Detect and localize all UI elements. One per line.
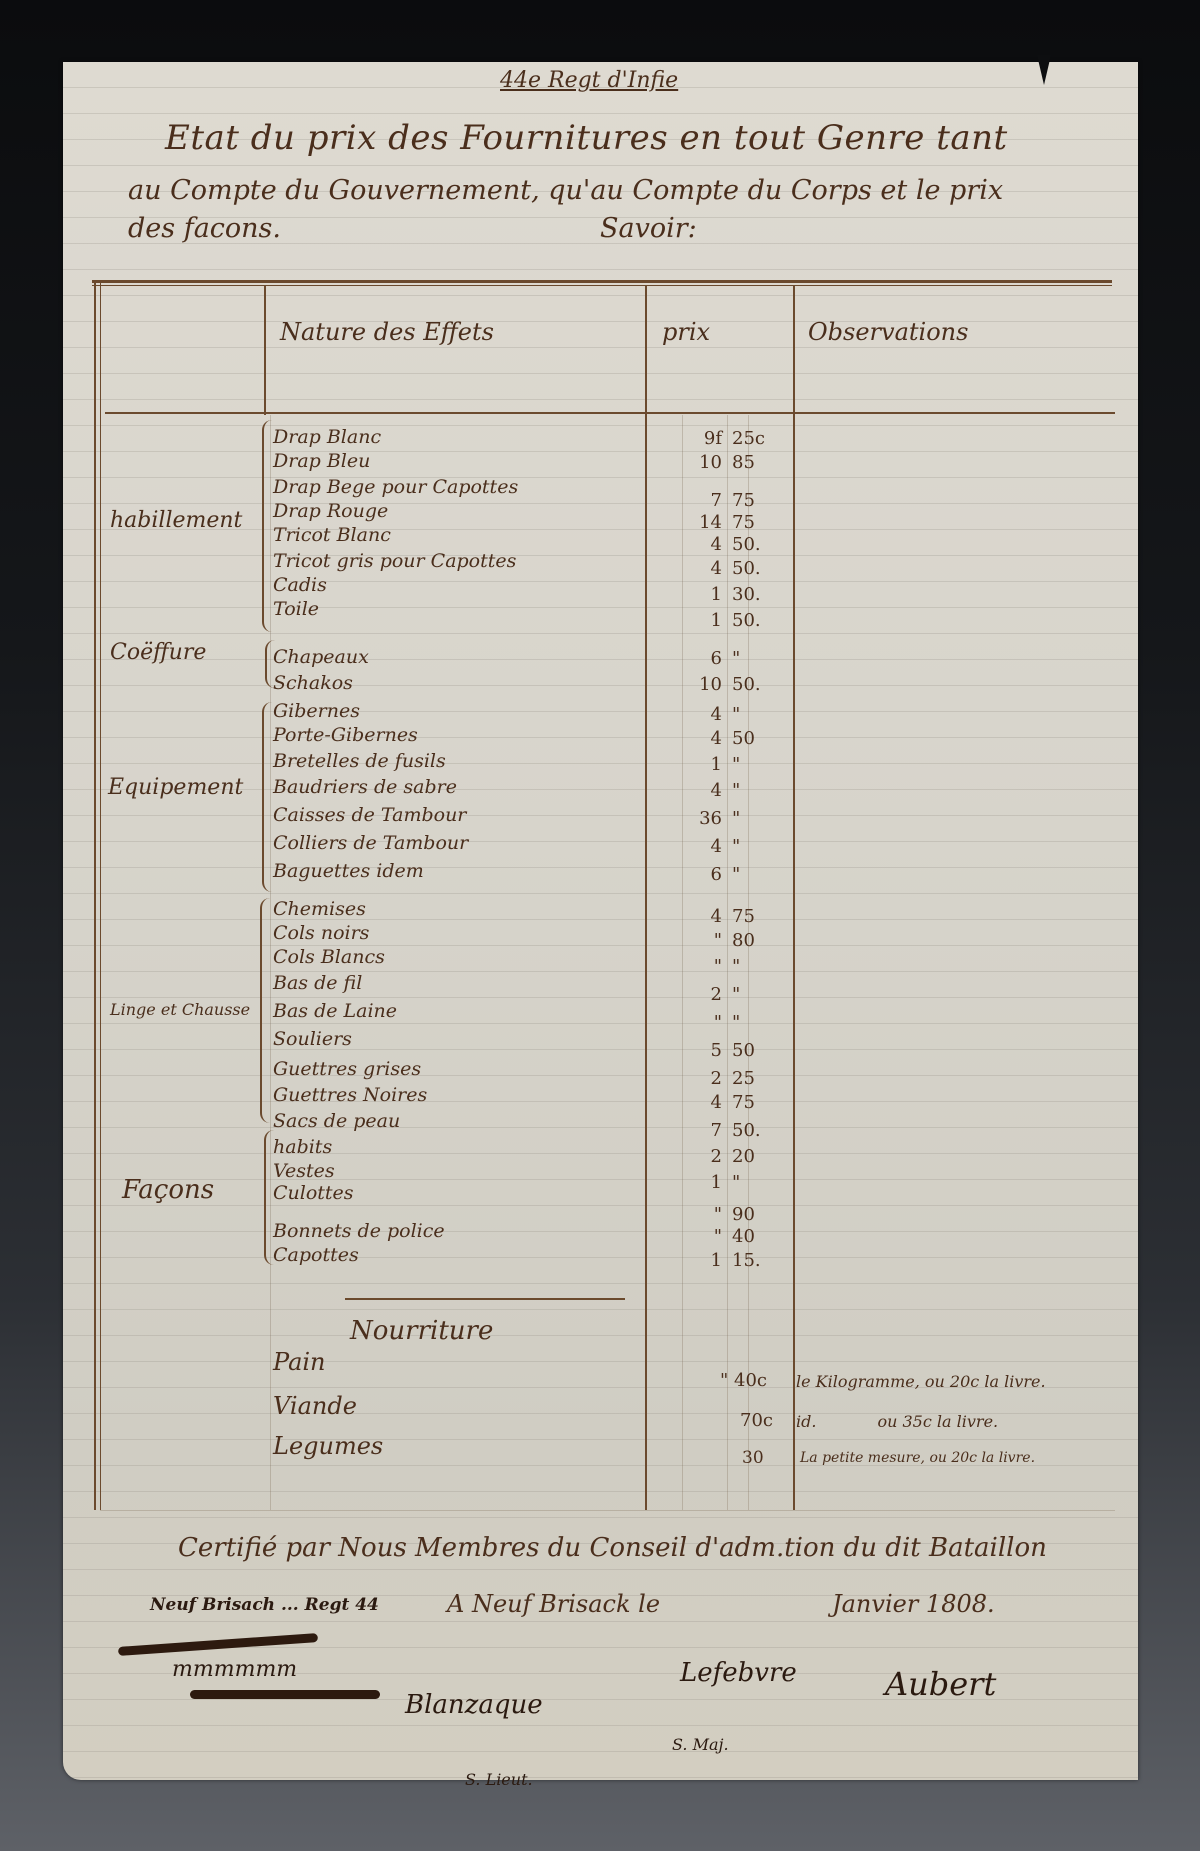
nourriture-divider [345,1298,625,1300]
signature-title: S. Lieut. [465,1770,533,1789]
item-centimes: 30. [732,584,761,605]
item-name: Bonnets de police [273,1220,445,1242]
item-francs: 4 [682,906,722,927]
signature-title: S. Maj. [672,1735,729,1754]
food-item-observation: le Kilogramme, ou 20c la livre. [796,1372,1046,1391]
item-francs: " [682,1204,722,1225]
item-francs: 6 [682,648,722,669]
item-centimes: " [732,1012,740,1033]
ink-stroke [190,1690,380,1699]
place-line: A Neuf Brisack le [447,1590,660,1618]
item-centimes: " [732,780,740,801]
item-francs: 4 [682,534,722,555]
food-item-price: 30 [742,1448,764,1468]
food-item-observation: La petite mesure, ou 20c la livre. [800,1450,1035,1466]
item-francs: 2 [682,1068,722,1089]
item-name: Guettres Noires [273,1084,427,1106]
item-centimes: " [732,956,740,977]
item-centimes: 50. [732,674,761,695]
title-line-3: des facons. [128,213,281,244]
item-francs: " [682,930,722,951]
col-divider-prix-right [793,285,795,1510]
document-paper [63,62,1138,1780]
header-nature: Nature des Effets [280,318,494,346]
brace-habillement [262,420,272,632]
item-name: Cols Blancs [273,946,385,968]
title-line-1: Etat du prix des Fournitures en tout Gen… [165,118,1008,158]
item-francs: 4 [682,704,722,725]
date-line: Janvier 1808. [832,1590,995,1618]
item-centimes: 75 [732,1092,755,1113]
item-centimes: 80 [732,930,755,951]
item-centimes: " [732,984,740,1005]
item-centimes: " [732,704,740,725]
item-name: Guettres grises [273,1058,421,1080]
item-francs: 10 [682,452,722,473]
brace-linge [260,898,270,1123]
item-name: habits [273,1136,332,1158]
item-francs: 10 [682,674,722,695]
title-line-2: au Compte du Gouvernement, qu'au Compte … [128,175,1003,206]
item-name: Toile [273,598,319,620]
item-centimes: " [732,648,740,669]
item-centimes: 90 [732,1204,755,1225]
food-item-name: Legumes [273,1432,383,1460]
item-name: Sacs de peau [273,1110,400,1132]
item-francs: 7 [682,490,722,511]
item-francs: 7 [682,1120,722,1141]
item-francs: 6 [682,864,722,885]
item-name: Tricot Blanc [273,524,391,546]
header-bottom-rule [105,412,1115,414]
nourriture-heading: Nourriture [350,1316,493,1346]
food-item-observation: id. ou 35c la livre. [796,1412,998,1431]
food-item-name: Pain [273,1348,326,1376]
item-name: Bretelles de fusils [273,750,446,772]
regiment-header: 44e Regt d'Infie [500,68,678,93]
prix-subcol-3 [748,415,749,1510]
item-centimes: " [732,836,740,857]
item-name: Capottes [273,1244,359,1266]
table-top-rule-2 [92,285,1112,286]
item-name: Drap Bege pour Capottes [273,476,518,498]
item-centimes: 50. [732,534,761,555]
table-bottom-rule [100,1510,1115,1511]
item-name: Baguettes idem [273,860,424,882]
item-francs: 2 [682,1146,722,1167]
item-centimes: " [732,808,740,829]
item-name: Vestes [273,1160,335,1182]
item-francs: 5 [682,1040,722,1061]
item-francs: 4 [682,728,722,749]
table-top-rule [92,280,1112,283]
item-centimes: 15. [732,1250,761,1271]
scribble-mark: mmmmmm [172,1657,297,1682]
item-centimes: 75 [732,490,755,511]
item-francs: 14 [682,512,722,533]
item-francs: 1 [682,1250,722,1271]
item-centimes: 40 [732,1226,755,1247]
item-centimes: " [732,864,740,885]
item-name: Bas de Laine [273,1000,397,1022]
item-name: Bas de fil [273,972,362,994]
item-centimes: " [732,754,740,775]
item-name: Porte-Gibernes [273,724,418,746]
item-francs: 4 [682,780,722,801]
item-name: Gibernes [273,700,360,722]
item-name: Souliers [273,1028,352,1050]
signature-name: Lefebvre [680,1658,797,1688]
category-habillement: habillement [110,508,242,533]
item-name: Culottes [273,1182,354,1204]
item-name: Chapeaux [273,646,369,668]
item-francs: " [682,1012,722,1033]
header-observations: Observations [808,318,968,346]
item-francs: 4 [682,1092,722,1113]
certification-line: Certifié par Nous Membres du Conseil d'a… [178,1533,1047,1563]
item-name: Schakos [273,672,353,694]
col-divider-category [264,285,266,415]
category-coeffure: Coëffure [110,640,206,665]
item-centimes: 50 [732,728,755,749]
item-francs: 36 [682,808,722,829]
item-francs: 4 [682,836,722,857]
item-name: Drap Rouge [273,500,388,522]
item-centimes: 50. [732,1120,761,1141]
category-facons: Façons [122,1175,214,1205]
item-centimes: 75 [732,906,755,927]
table-left-rule-2 [100,280,101,1510]
item-name: Cadis [273,574,327,596]
item-francs: 1 [682,754,722,775]
item-centimes: 75 [732,512,755,533]
signature-name: Blanzaque [405,1690,543,1720]
item-centimes: 25c [732,428,765,449]
item-name: Tricot gris pour Capottes [273,550,516,572]
item-centimes: 85 [732,452,755,473]
signature-name: Aubert [885,1665,996,1703]
item-centimes: 50. [732,610,761,631]
item-francs: 1 [682,610,722,631]
item-francs: " [682,956,722,977]
item-centimes: 50 [732,1040,755,1061]
item-name: Drap Blanc [273,426,381,448]
item-francs: 1 [682,1172,722,1193]
food-item-price: " 40c [720,1370,767,1391]
item-name: Baudriers de sabre [273,776,457,798]
brace-equipement [262,702,272,892]
item-francs: 1 [682,584,722,605]
food-item-name: Viande [273,1392,357,1420]
category-linge-et-chausse: Linge et Chausse [110,1000,250,1019]
col-divider-prix-left [645,285,647,1510]
item-name: Caisses de Tambour [273,804,466,826]
category-equipement: Equipement [108,775,243,800]
item-francs: 4 [682,558,722,579]
item-name: Drap Bleu [273,450,370,472]
item-francs: 9f [682,428,722,449]
header-prix: prix [662,318,710,346]
item-centimes: " [732,1172,740,1193]
item-name: Colliers de Tambour [273,832,468,854]
title-savoir: Savoir: [600,213,697,244]
item-name: Cols noirs [273,922,369,944]
item-centimes: 20 [732,1146,755,1167]
item-francs: " [682,1226,722,1247]
prix-subcol-2 [727,415,728,1510]
item-centimes: 25 [732,1068,755,1089]
left-annotation: Neuf Brisach ... Regt 44 [150,1595,379,1615]
item-centimes: 50. [732,558,761,579]
item-name: Chemises [273,898,366,920]
table-left-rule [94,280,96,1510]
item-francs: 2 [682,984,722,1005]
food-item-price: 70c [740,1410,773,1431]
